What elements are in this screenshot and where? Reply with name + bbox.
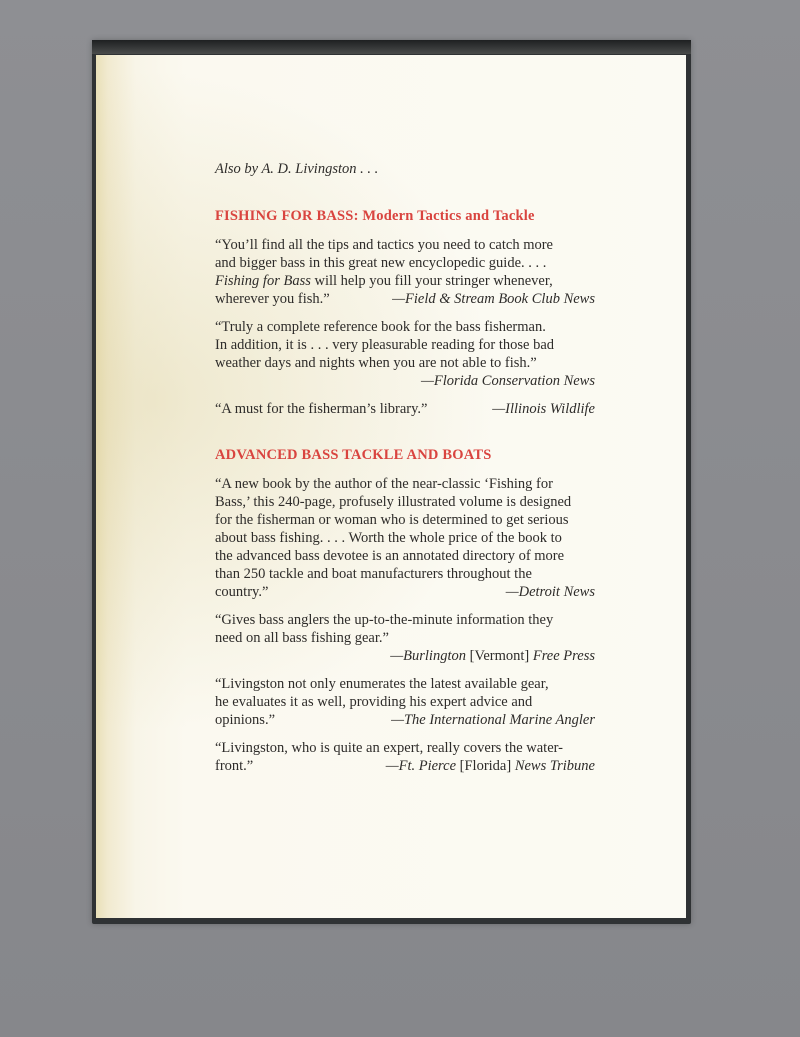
review-line: for the fisherman or woman who is determ… — [215, 511, 595, 529]
review-source: —Field & Stream Book Club News — [392, 290, 595, 308]
review-source: —The International Marine Angler — [391, 711, 595, 729]
also-by-author: Also by A. D. Livingston . . . — [215, 160, 595, 178]
back-cover-text: Also by A. D. Livingston . . . FISHING F… — [215, 160, 595, 775]
source-name: —Ft. Pierce — [386, 758, 456, 774]
review-illinois-wildlife: “A must for the fisherman’s library.” —I… — [215, 400, 595, 418]
review-line: In addition, it is . . . very pleasurabl… — [215, 336, 595, 354]
review-line: weather days and nights when you are not… — [215, 354, 595, 372]
review-text: will help you fill your stringer wheneve… — [311, 273, 553, 289]
review-line: “Gives bass anglers the up-to-the-minute… — [215, 611, 595, 629]
review-source: —Illinois Wildlife — [492, 400, 595, 418]
review-international-marine-angler: “Livingston not only enumerates the late… — [215, 675, 595, 729]
review-last-line: front.” —Ft. Pierce [Florida] News Tribu… — [215, 757, 595, 775]
review-source: —Ft. Pierce [Florida] News Tribune — [386, 757, 595, 775]
review-line: he evaluates it as well, providing his e… — [215, 693, 595, 711]
review-line: need on all bass fishing gear.” — [215, 629, 595, 647]
review-text: “A must for the fisherman’s library.” — [215, 400, 427, 418]
review-florida-conservation: “Truly a complete reference book for the… — [215, 318, 595, 390]
source-name: Free Press — [533, 648, 595, 664]
review-burlington-free-press: “Gives bass anglers the up-to-the-minute… — [215, 611, 595, 665]
source-location: [Florida] — [456, 758, 515, 774]
review-source: —Detroit News — [506, 583, 595, 601]
review-line: “Livingston, who is quite an expert, rea… — [215, 739, 595, 757]
review-detroit-news: “A new book by the author of the near-cl… — [215, 475, 595, 601]
review-text: opinions.” — [215, 711, 275, 729]
review-line: “You’ll find all the tips and tactics yo… — [215, 236, 595, 254]
review-line: Bass,’ this 240-page, profusely illustra… — [215, 493, 595, 511]
review-field-and-stream: “You’ll find all the tips and tactics yo… — [215, 236, 595, 308]
book-subtitle: Modern Tactics and Tackle — [362, 208, 534, 224]
source-name: —Burlington — [390, 648, 466, 664]
book-title-fishing-for-bass: FISHING FOR BASS: Modern Tactics and Tac… — [215, 207, 595, 225]
review-line: and bigger bass in this great new encycl… — [215, 254, 595, 272]
review-text: front.” — [215, 757, 253, 775]
review-line: than 250 tackle and boat manufacturers t… — [215, 565, 595, 583]
book-title-italic: Fishing for Bass — [215, 273, 311, 289]
review-last-line: country.” —Detroit News — [215, 583, 595, 601]
review-line: “Truly a complete reference book for the… — [215, 318, 595, 336]
review-line: the advanced bass devotee is an annotate… — [215, 547, 595, 565]
book-binding — [92, 40, 691, 54]
review-source: —Burlington [Vermont] Free Press — [215, 647, 595, 665]
source-location: [Vermont] — [466, 648, 533, 664]
review-news-tribune: “Livingston, who is quite an expert, rea… — [215, 739, 595, 775]
review-line: Fishing for Bass will help you fill your… — [215, 272, 595, 290]
source-name: News Tribune — [515, 758, 595, 774]
review-source: —Florida Conservation News — [215, 372, 595, 390]
review-last-line: wherever you fish.” —Field & Stream Book… — [215, 290, 595, 308]
review-line: “Livingston not only enumerates the late… — [215, 675, 595, 693]
review-line: about bass fishing. . . . Worth the whol… — [215, 529, 595, 547]
book-title-advanced-bass-tackle: ADVANCED BASS TACKLE AND BOATS — [215, 446, 595, 464]
book-title: FISHING FOR BASS: — [215, 208, 359, 224]
review-text: wherever you fish.” — [215, 290, 330, 308]
review-last-line: opinions.” —The International Marine Ang… — [215, 711, 595, 729]
review-line: “A new book by the author of the near-cl… — [215, 475, 595, 493]
review-text: country.” — [215, 583, 268, 601]
